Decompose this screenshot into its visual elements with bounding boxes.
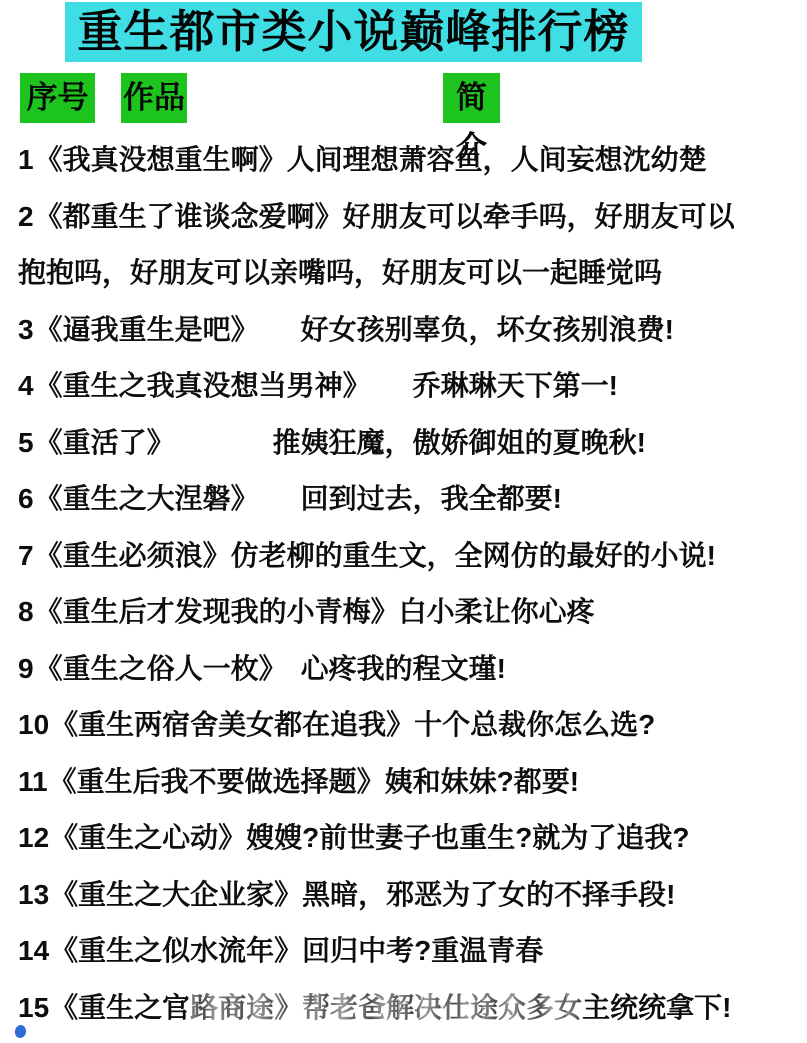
rank-number: 5 [18, 427, 35, 458]
book-intro: 回到过去，我全都要! [245, 483, 562, 514]
page-title: 重生都市类小说巅峰排行榜 [65, 2, 642, 62]
book-title: 《重生之我真没想当男神》 [35, 370, 357, 401]
list-item-12: 12《重生之心动》嫂嫂?前世妻子也重生?就为了追我? [18, 810, 748, 867]
rank-number: 12 [18, 822, 50, 853]
book-intro: 白小柔让你心疼 [399, 596, 595, 627]
book-intro: 推姨狂魔，傲娇御姐的夏晚秋! [161, 427, 646, 458]
list-item-1: 1《我真没想重生啊》人间理想萧容鱼，人间妄想沈幼楚 [18, 132, 748, 189]
rank-number: 8 [18, 596, 35, 627]
list-item-6: 6《重生之大涅磐》 回到过去，我全都要! [18, 471, 748, 528]
book-intro: 姨和妹妹?都要! [385, 766, 579, 797]
book-intro: 仿老柳的重生文，全网仿的最好的小说! [231, 540, 716, 571]
book-title: 《重生后才发现我的小青梅》 [35, 596, 399, 627]
blue-dot-mark [14, 1024, 27, 1038]
book-title: 《重生之官路商途》 [50, 992, 302, 1023]
rank-number: 4 [18, 370, 35, 401]
book-intro: 十个总裁你怎么选? [414, 709, 655, 740]
book-title: 《重生之俗人一枚》 [35, 653, 273, 684]
book-title: 《重生两宿舍美女都在追我》 [50, 709, 414, 740]
list-item-2: 2《都重生了谁谈念爱啊》好朋友可以牵手吗，好朋友可以抱抱吗，好朋友可以亲嘴吗，好… [18, 189, 748, 302]
rank-number: 6 [18, 483, 35, 514]
book-title: 《重生后我不要做选择题》 [49, 766, 385, 797]
book-title: 《重生之似水流年》 [50, 935, 302, 966]
rank-number: 15 [18, 992, 50, 1023]
ranking-list: 1《我真没想重生啊》人间理想萧容鱼，人间妄想沈幼楚 2《都重生了谁谈念爱啊》好朋… [18, 132, 748, 1036]
column-header-intro: 简介 [443, 73, 500, 123]
book-title: 《都重生了谁谈念爱啊》 [35, 201, 343, 232]
book-title: 《我真没想重生啊》 [35, 144, 287, 175]
list-item-7: 7《重生必须浪》仿老柳的重生文，全网仿的最好的小说! [18, 528, 748, 585]
book-title: 《重生之大涅磐》 [35, 483, 245, 514]
rank-number: 2 [18, 201, 35, 232]
book-title: 《逼我重生是吧》 [35, 314, 245, 345]
book-intro: 回归中考?重温青春 [302, 935, 543, 966]
list-item-13: 13《重生之大企业家》黑暗，邪恶为了女的不择手段! [18, 867, 748, 924]
book-intro: 帮老爸解决仕途众多女主统统拿下! [302, 992, 731, 1023]
list-item-3: 3《逼我重生是吧》 好女孩别辜负，坏女孩别浪费! [18, 302, 748, 359]
column-header-index: 序号 [20, 73, 95, 123]
book-intro: 嫂嫂?前世妻子也重生?就为了追我? [246, 822, 689, 853]
list-item-8: 8《重生后才发现我的小青梅》白小柔让你心疼 [18, 584, 748, 641]
book-intro: 人间理想萧容鱼，人间妄想沈幼楚 [287, 144, 707, 175]
book-intro: 黑暗，邪恶为了女的不择手段! [302, 879, 675, 910]
rank-number: 11 [18, 766, 49, 797]
book-title: 《重活了》 [35, 427, 161, 458]
rank-number: 13 [18, 879, 50, 910]
list-item-4: 4《重生之我真没想当男神》 乔琳琳天下第一! [18, 358, 748, 415]
rank-number: 9 [18, 653, 35, 684]
rank-number: 1 [18, 144, 35, 175]
book-intro: 乔琳琳天下第一! [357, 370, 618, 401]
list-item-14: 14《重生之似水流年》回归中考?重温青春 [18, 923, 748, 980]
book-title: 《重生之大企业家》 [50, 879, 302, 910]
rank-number: 7 [18, 540, 35, 571]
rank-number: 14 [18, 935, 50, 966]
book-intro: 好女孩别辜负，坏女孩别浪费! [245, 314, 674, 345]
list-item-15: 15《重生之官路商途》帮老爸解决仕途众多女主统统拿下! [18, 980, 748, 1037]
rank-number: 3 [18, 314, 35, 345]
novel-ranking-image: 重生都市类小说巅峰排行榜 序号 作品 简介 1《我真没想重生啊》人间理想萧容鱼，… [0, 0, 807, 1043]
list-item-9: 9《重生之俗人一枚》 心疼我的程文瑾! [18, 641, 748, 698]
column-header-work: 作品 [121, 73, 187, 123]
book-intro: 心疼我的程文瑾! [273, 653, 506, 684]
list-item-11: 11《重生后我不要做选择题》姨和妹妹?都要! [18, 754, 748, 811]
book-title: 《重生必须浪》 [35, 540, 231, 571]
rank-number: 10 [18, 709, 50, 740]
list-item-5: 5《重活了》 推姨狂魔，傲娇御姐的夏晚秋! [18, 415, 748, 472]
list-item-10: 10《重生两宿舍美女都在追我》十个总裁你怎么选? [18, 697, 748, 754]
book-title: 《重生之心动》 [50, 822, 246, 853]
